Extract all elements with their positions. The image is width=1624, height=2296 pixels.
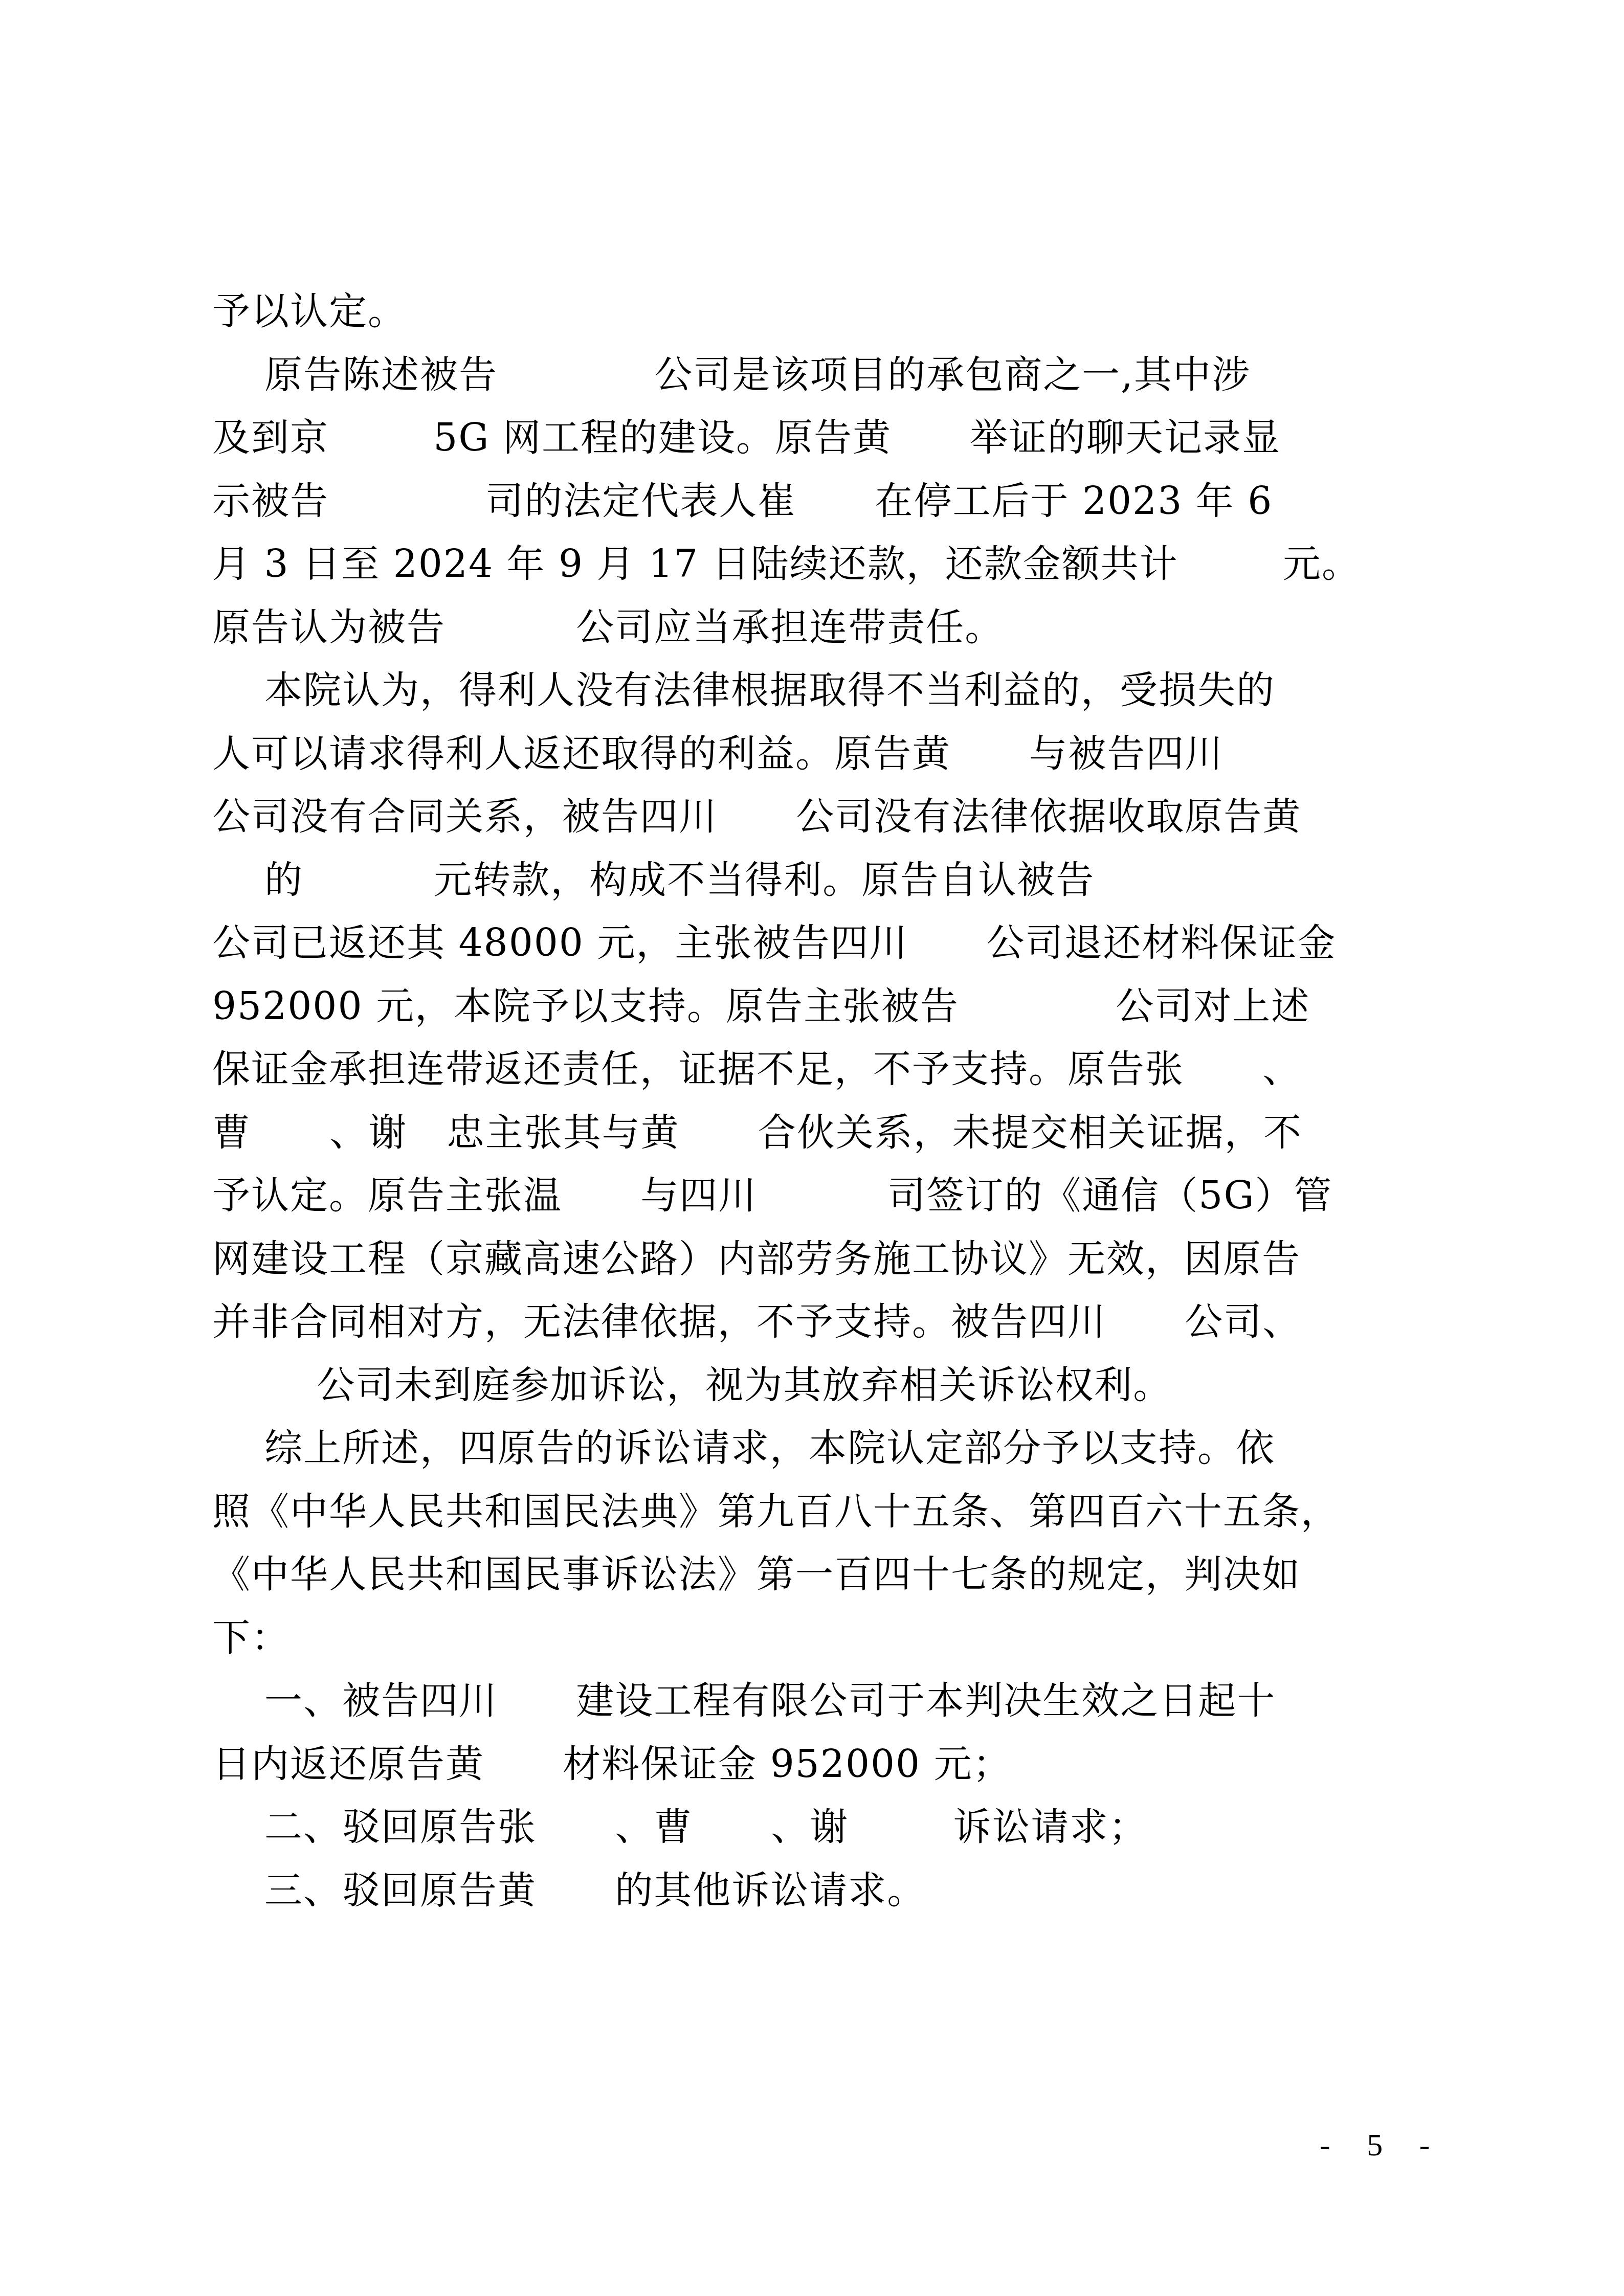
page-number: - 5 - [1320, 2127, 1444, 2164]
text-line: 原告陈述被告 公司是该项目的承包商之一,其中涉 [212, 344, 1414, 407]
judgment-body-text: 予以认定。 原告陈述被告 公司是该项目的承包商之一,其中涉 及到京 5G 网工程… [212, 280, 1414, 1922]
text-line: 月 3 日至 2024 年 9 月 17 日陆续还款，还款金额共计 元。 [212, 533, 1414, 596]
text-line: 并非合同相对方，无法律依据，不予支持。被告四川 公司、 [212, 1291, 1414, 1354]
text-line: 予认定。原告主张温 与四川 司签订的《通信（5G）管 [212, 1164, 1414, 1228]
text-line: 人可以请求得利人返还取得的利益。原告黄 与被告四川 [212, 723, 1414, 786]
document-page: 予以认定。 原告陈述被告 公司是该项目的承包商之一,其中涉 及到京 5G 网工程… [0, 0, 1624, 2296]
text-line: 952000 元，本院予以支持。原告主张被告 公司对上述 [212, 975, 1414, 1039]
text-line: 本院认为，得利人没有法律根据取得不当利益的，受损失的 [212, 659, 1414, 723]
text-line: 公司未到庭参加诉讼，视为其放弃相关诉讼权利。 [212, 1354, 1414, 1417]
text-line: 照《中华人民共和国民法典》第九百八十五条、第四百六十五条， [212, 1480, 1414, 1544]
text-line: 三、驳回原告黄 的其他诉讼请求。 [212, 1859, 1414, 1923]
text-line: 原告认为被告 公司应当承担连带责任。 [212, 596, 1414, 660]
text-line: 网建设工程（京藏高速公路）内部劳务施工协议》无效，因原告 [212, 1228, 1414, 1291]
text-line: 综上所述，四原告的诉讼请求，本院认定部分予以支持。依 [212, 1417, 1414, 1480]
text-line: 二、驳回原告张 、曹 、谢 诉讼请求； [212, 1796, 1414, 1859]
text-line: 曹 、谢 忠主张其与黄 合伙关系，未提交相关证据，不 [212, 1101, 1414, 1165]
text-line: 及到京 5G 网工程的建设。原告黄 举证的聊天记录显 [212, 407, 1414, 470]
text-line: 《中华人民共和国民事诉讼法》第一百四十七条的规定，判决如 [212, 1543, 1414, 1607]
text-line: 一、被告四川 建设工程有限公司于本判决生效之日起十 [212, 1670, 1414, 1733]
text-line: 保证金承担连带返还责任，证据不足，不予支持。原告张 、 [212, 1038, 1414, 1101]
text-line: 日内返还原告黄 材料保证金 952000 元； [212, 1733, 1414, 1796]
text-line: 公司已返还其 48000 元，主张被告四川 公司退还材料保证金 [212, 912, 1414, 975]
text-line: 的 元转款，构成不当得利。原告自认被告 [212, 849, 1414, 912]
text-line: 示被告 司的法定代表人崔 在停工后于 2023 年 6 [212, 470, 1414, 533]
text-line: 予以认定。 [212, 280, 1414, 344]
text-line: 下： [212, 1607, 1414, 1670]
text-line: 公司没有合同关系，被告四川 公司没有法律依据收取原告黄 [212, 785, 1414, 849]
